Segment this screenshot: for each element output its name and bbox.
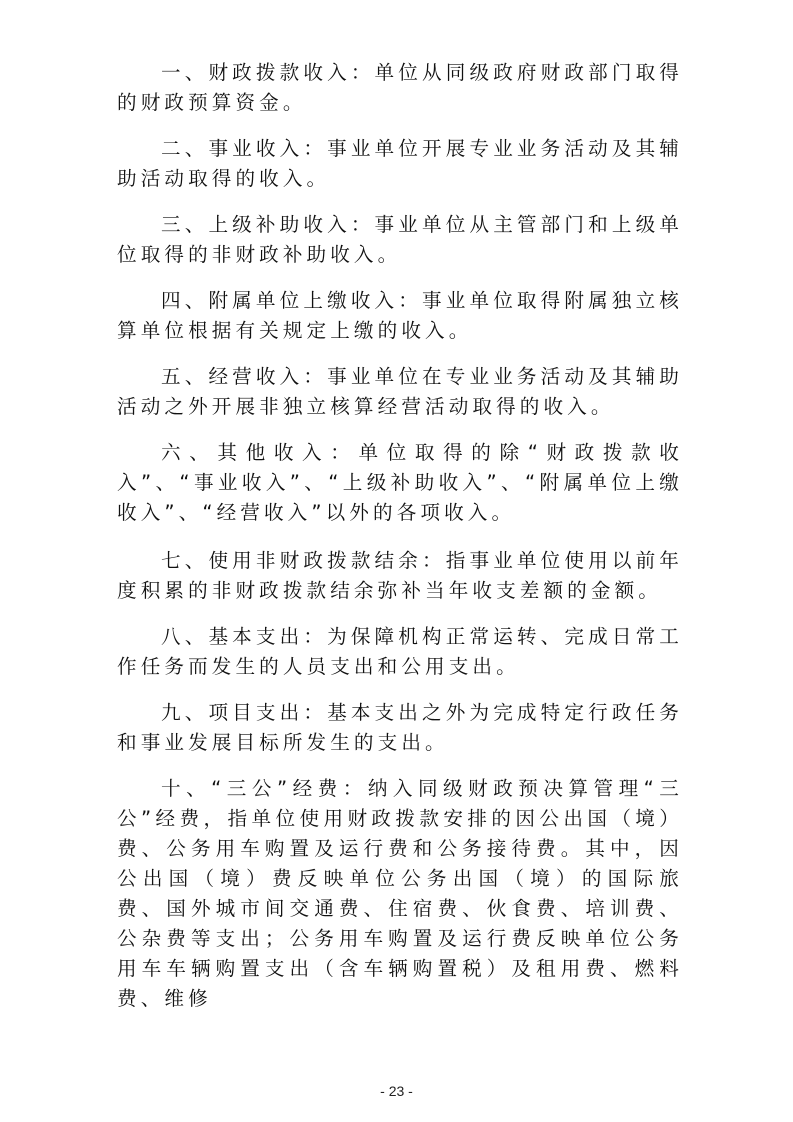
paragraph-superior-subsidy-income: 三、上级补助收入：事业单位从主管部门和上级单位取得的非财政补助收入。 [117,210,683,270]
paragraph-non-fiscal-balance: 七、使用非财政拨款结余：指事业单位使用以前年度积累的非财政拨款结余弥补当年收支差… [117,546,683,606]
paragraph-basic-expenditure: 八、基本支出：为保障机构正常运转、完成日常工作任务而发生的人员支出和公用支出。 [117,622,683,682]
paragraph-business-income: 二、事业收入：事业单位开展专业业务活动及其辅助活动取得的收入。 [117,134,683,194]
paragraph-fiscal-appropriation-income: 一、财政拨款收入：单位从同级政府财政部门取得的财政预算资金。 [117,58,683,118]
paragraph-project-expenditure: 九、项目支出：基本支出之外为完成特定行政任务和事业发展目标所发生的支出。 [117,698,683,758]
paragraph-operating-income: 五、经营收入：事业单位在专业业务活动及其辅助活动之外开展非独立核算经营活动取得的… [117,362,683,422]
paragraph-three-public-expenses: 十、“三公”经费：纳入同级财政预决算管理“三公”经费，指单位使用财政拨款安排的因… [117,774,683,1014]
paragraph-affiliated-unit-income: 四、附属单位上缴收入：事业单位取得附属独立核算单位根据有关规定上缴的收入。 [117,286,683,346]
page-number: - 23 - [0,1083,793,1099]
paragraph-other-income: 六、其他收入：单位取得的除“财政拨款收入”、“事业收入”、“上级补助收入”、“附… [117,438,683,528]
